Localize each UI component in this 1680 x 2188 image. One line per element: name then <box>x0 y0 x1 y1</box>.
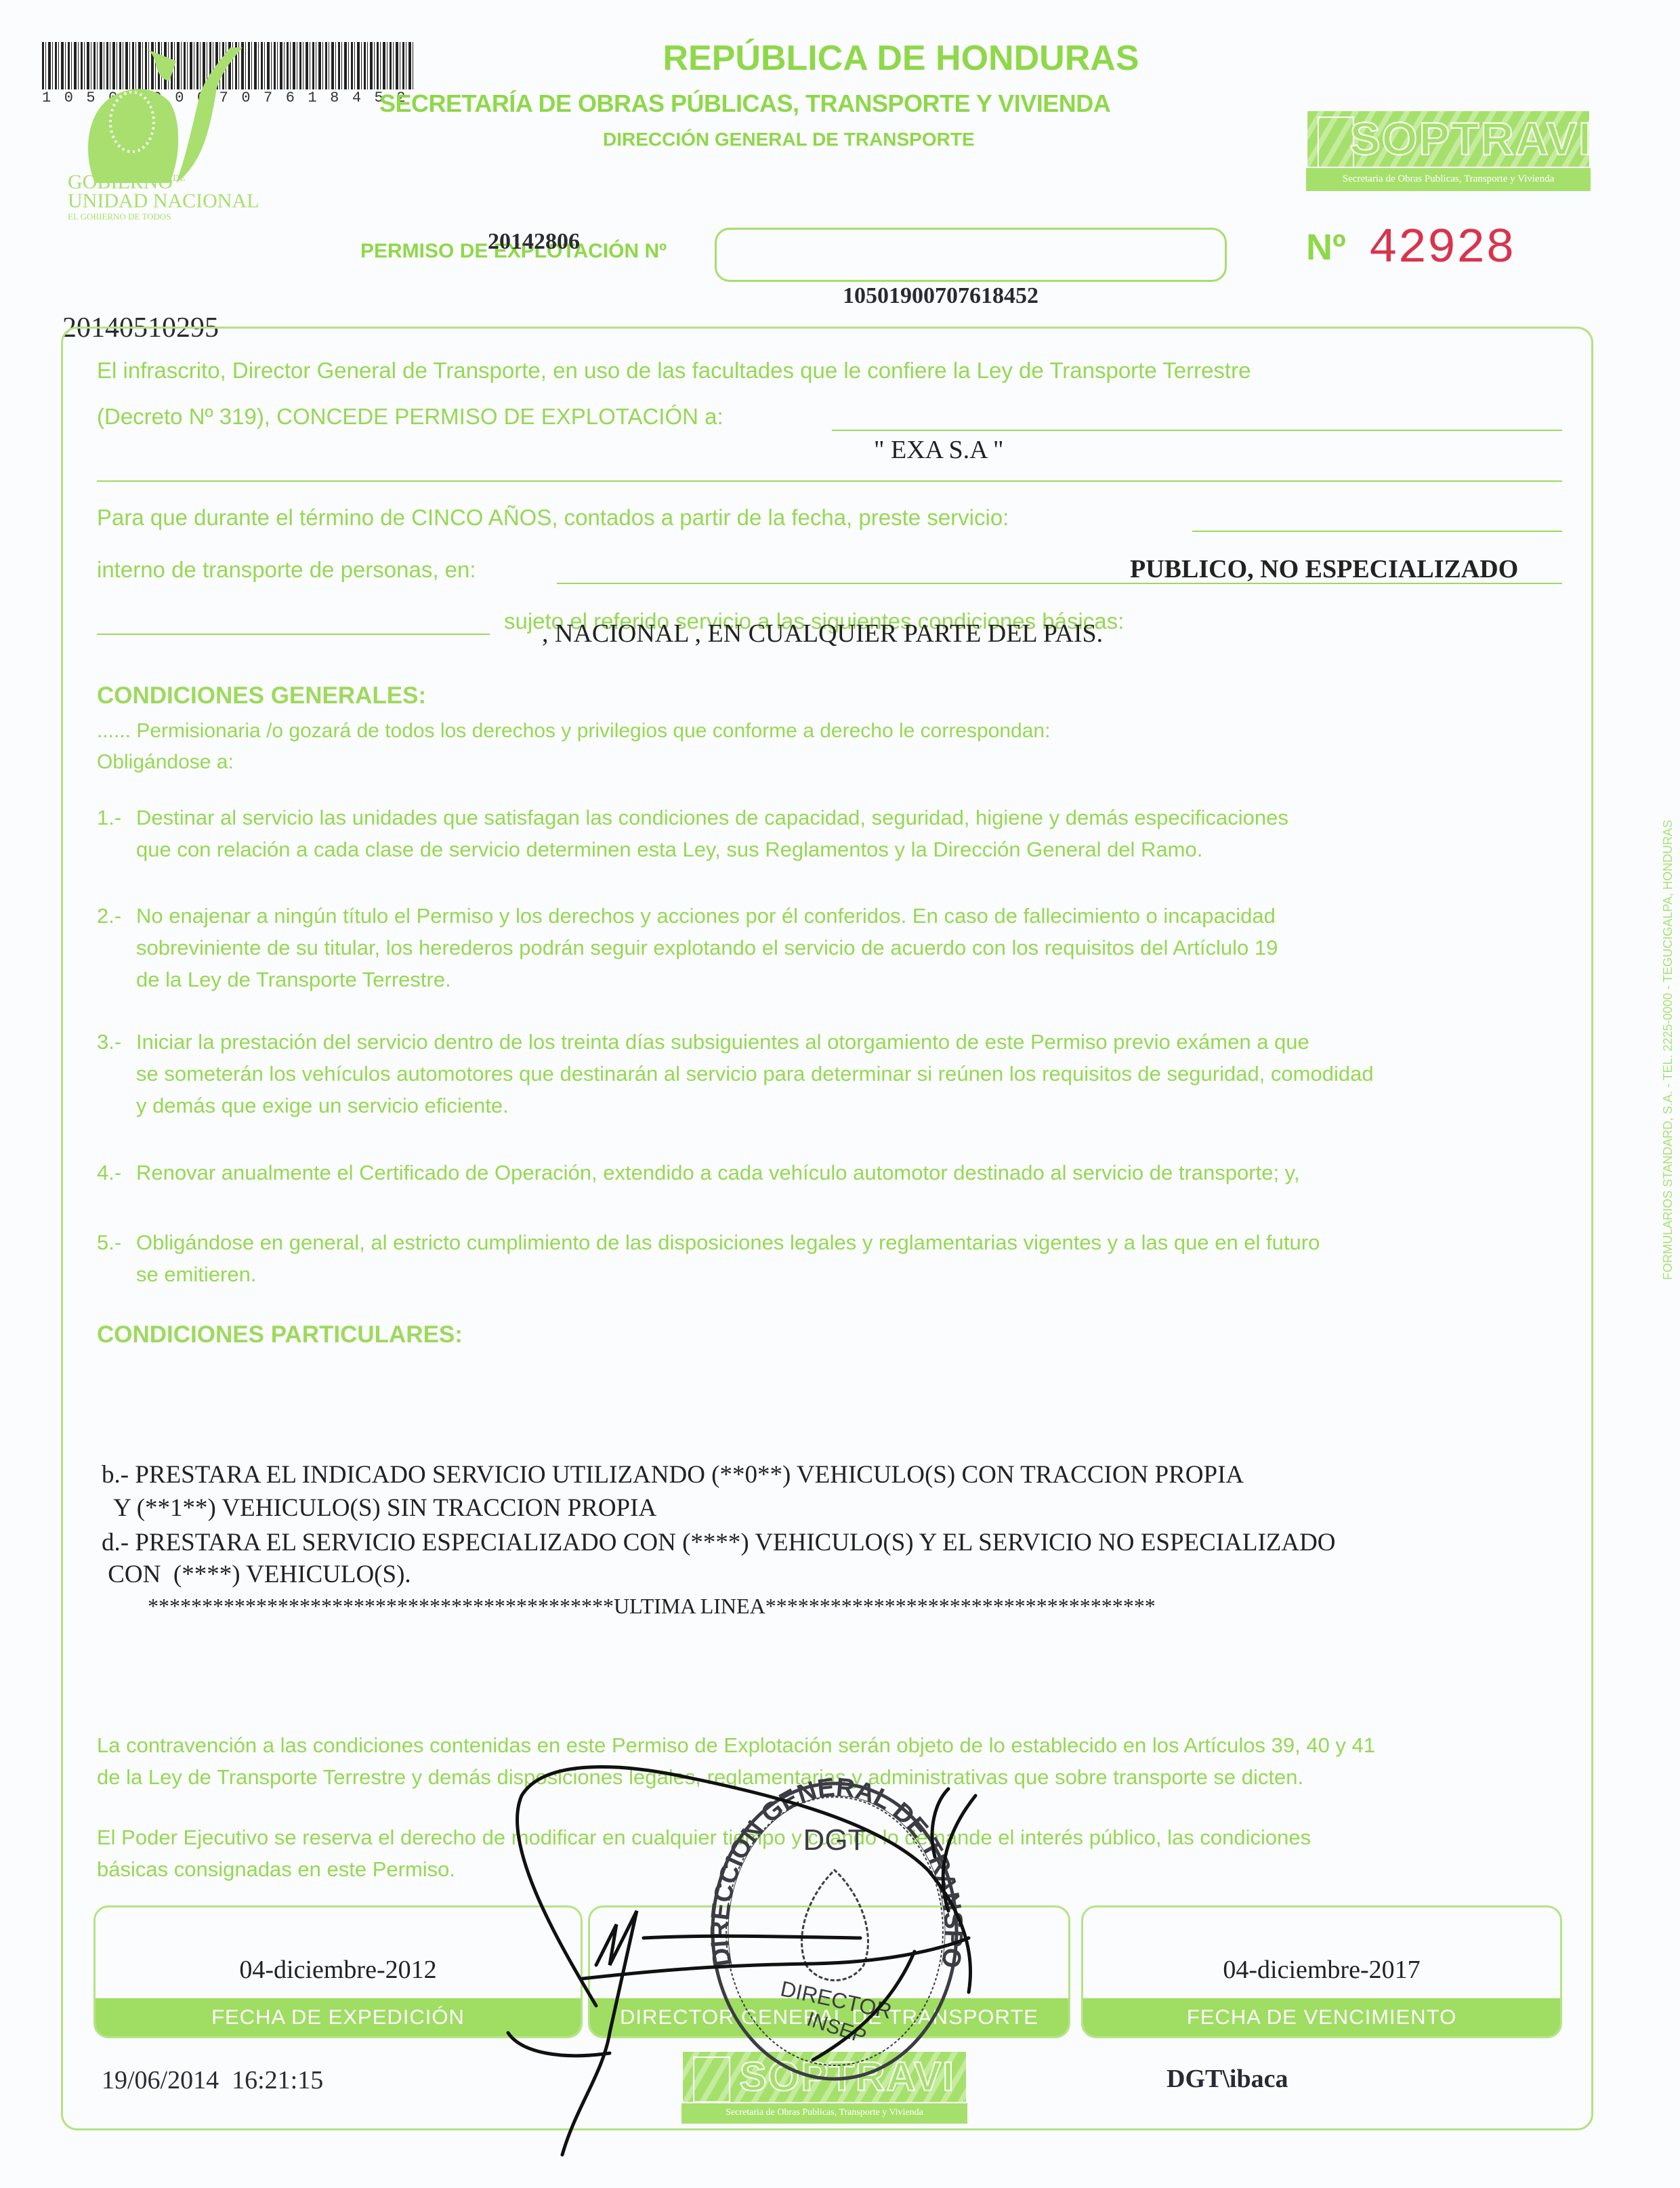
general-condition-item: 5.-Obligándose en general, al estricto c… <box>97 1226 1560 1290</box>
condition-text: Iniciar la prestación del servicio dentr… <box>136 1030 1309 1054</box>
condition-number: 5.- <box>97 1226 136 1258</box>
general-conditions-obliged: Obligándose a: <box>97 751 234 774</box>
expiry-date-box: 04-diciembre-2017 FECHA DE VENCIMIENTO <box>1081 1905 1562 2038</box>
particular-conditions-heading: CONDICIONES PARTICULARES: <box>97 1321 463 1348</box>
condition-number: 2.- <box>97 900 136 932</box>
condition-number: 1.- <box>97 802 136 833</box>
general-condition-item: 1.-Destinar al servicio las unidades que… <box>97 802 1560 865</box>
soptravi-logo: SOPTRAVI Secretaria de Obras Publicas, T… <box>1306 110 1591 191</box>
issue-date-box: 04-diciembre-2012 FECHA DE EXPEDICIÓN <box>93 1905 583 2038</box>
particular-condition-line: CON (****) VEHICULO(S). <box>102 1560 411 1589</box>
service-underline <box>1192 531 1562 532</box>
particular-condition-line: Y (**1**) VEHICULO(S) SIN TRACCION PROPI… <box>102 1493 656 1523</box>
serial-label: Nº <box>1306 226 1346 268</box>
condition-text: Destinar al servicio las unidades que sa… <box>136 806 1288 829</box>
grantee-second-underline <box>97 480 1562 482</box>
operator-code: DGT\ibaca <box>1167 2064 1288 2094</box>
country-heading: REPÚBLICA DE HONDURAS <box>0 38 1680 79</box>
grantee-underline <box>832 430 1562 431</box>
condition-text: que con relación a cada clase de servici… <box>97 833 1560 865</box>
contravention-paragraph: La contravención a las condiciones conte… <box>97 1729 1560 1793</box>
ministry-heading: SECRETARÍA DE OBRAS PÚBLICAS, TRANSPORTE… <box>379 89 1110 118</box>
print-timestamp: 19/06/2014 16:21:15 <box>102 2065 323 2095</box>
grant-term-line: Para que durante el término de CINCO AÑO… <box>97 505 1009 531</box>
government-slogan: EL GOBIERNO DE TODOS <box>68 211 171 222</box>
general-condition-item: 4.-Renovar anualmente el Certificado de … <box>97 1157 1560 1189</box>
particular-condition-line: d.- PRESTARA EL SERVICIO ESPECIALIZADO C… <box>102 1528 1336 1557</box>
permit-overprint-number: 20142806 <box>488 229 580 255</box>
condition-text: y demás que exige un servicio eficiente. <box>97 1090 1560 1121</box>
grant-intro-line2: (Decreto Nº 319), CONCEDE PERMISO DE EXP… <box>97 404 723 430</box>
service-type: PUBLICO, NO ESPECIALIZADO <box>1130 554 1518 584</box>
condition-text: Obligándose en general, al estricto cump… <box>136 1231 1320 1254</box>
expiry-date-label: FECHA DE VENCIMIENTO <box>1083 1998 1560 2036</box>
government-title-line2: UNIDAD NACIONAL <box>68 190 259 213</box>
soptravi-emblem-icon <box>1318 117 1354 168</box>
executive-reserve-paragraph: El Poder Ejecutivo se reserva el derecho… <box>97 1821 1560 1885</box>
issue-date-label: FECHA DE EXPEDICIÓN <box>96 1998 581 2036</box>
general-conditions-heading: CONDICIONES GENERALES: <box>97 682 426 709</box>
condition-text: de la Ley de Transporte Terrestre. <box>97 964 1560 995</box>
condition-number: 3.- <box>97 1026 136 1058</box>
particular-condition-line: b.- PRESTARA EL INDICADO SERVICIO UTILIZ… <box>102 1460 1244 1489</box>
issue-date: 04-diciembre-2012 <box>96 1955 581 1985</box>
director-signature-label: DIRECTOR GENERAL DE TRANSPORTE <box>590 1998 1068 2036</box>
grantee-name: " EXA S.A " <box>874 435 1004 465</box>
grant-intro-line1: El infrascrito, Director General de Tran… <box>97 358 1251 384</box>
soptravi-footer-logo: SOPTRAVI Secretaria de Obras Publicas, T… <box>681 2050 967 2124</box>
grant-service-line: interno de transporte de personas, en: <box>97 557 476 583</box>
condition-text: se emitieren. <box>97 1258 1560 1290</box>
permit-number-field <box>715 228 1227 282</box>
soptravi-emblem-icon <box>693 2057 730 2103</box>
subject-underline <box>97 634 490 635</box>
condition-text: sobreviniente de su titular, los hereder… <box>97 932 1560 964</box>
general-condition-item: 3.-Iniciar la prestación del servicio de… <box>97 1026 1560 1121</box>
condition-number: 4.- <box>97 1157 136 1189</box>
condition-text: Renovar anualmente el Certificado de Ope… <box>136 1161 1300 1184</box>
directorate-heading: DIRECCIÓN GENERAL DE TRANSPORTE <box>603 129 975 150</box>
serial-number: 42928 <box>1368 221 1515 276</box>
expiry-date: 04-diciembre-2017 <box>1083 1955 1560 1985</box>
barcode-number: 10501900707618452 <box>843 283 1038 309</box>
director-signature-box: DIRECTOR GENERAL DE TRANSPORTE <box>588 1905 1070 2038</box>
service-coverage: , NACIONAL , EN CUALQUIER PARTE DEL PAIS… <box>542 619 1103 648</box>
last-line-marker: ****************************************… <box>148 1594 1156 1619</box>
printer-side-text: FORMULARIOS STANDARD, S.A. - TEL. 2225-0… <box>1661 820 1675 1280</box>
condition-text: se someterán los vehículos automotores q… <box>97 1058 1560 1090</box>
general-condition-item: 2.-No enajenar a ningún título el Permis… <box>97 900 1560 995</box>
general-conditions-intro: ...... Permisionaria /o gozará de todos … <box>97 720 1050 743</box>
condition-text: No enajenar a ningún título el Permiso y… <box>136 904 1276 928</box>
